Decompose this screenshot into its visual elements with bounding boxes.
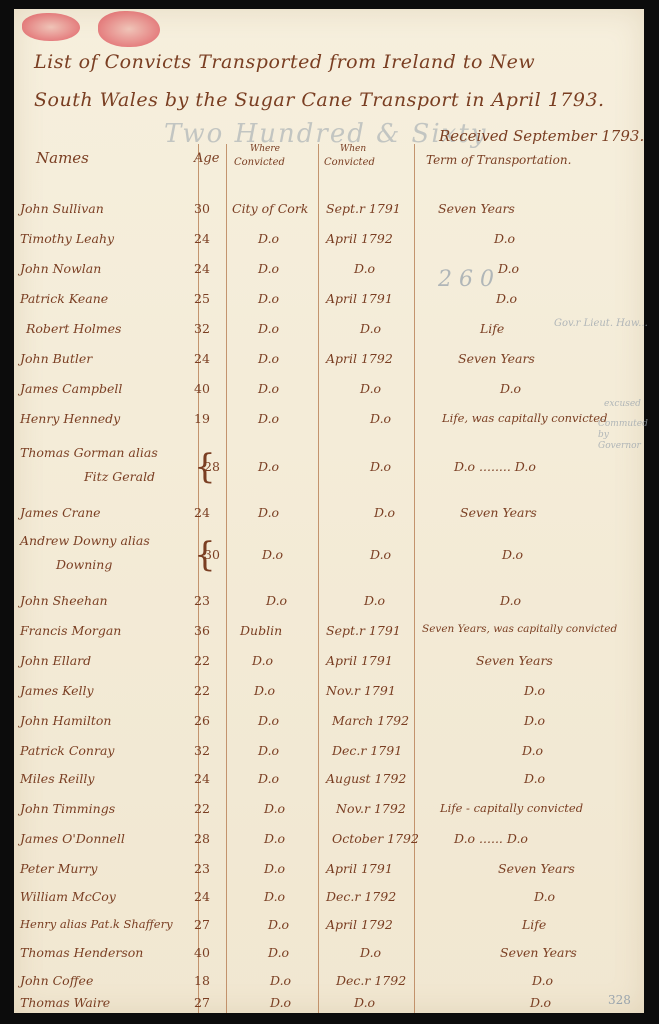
convict-name-continued: Fitz Gerald [84,469,155,484]
term-of-transportation: D.o [498,261,519,276]
table-row: John Hamilton 26 D.o March 1792 D.o [14,713,644,733]
convict-age: 24 [194,351,210,366]
convict-age: 24 [194,231,210,246]
table-row: James O'Donnell 28 D.o October 1792 D.o … [14,831,644,851]
when-convicted: D.o [360,321,381,336]
where-convicted: D.o [258,231,279,246]
where-convicted: D.o [258,771,279,786]
where-convicted: D.o [258,459,279,474]
term-of-transportation: D.o [524,683,545,698]
convict-age: 18 [194,973,210,988]
when-convicted: D.o [360,381,381,396]
when-convicted: April 1791 [326,653,393,668]
table-row: John Butler 24 D.o April 1792 Seven Year… [14,351,644,371]
convict-name: John Coffee [20,973,93,988]
convict-name: John Hamilton [20,713,111,728]
convict-name: James Campbell [20,381,122,396]
convict-name: John Ellard [20,653,91,668]
where-convicted: Dublin [240,623,282,638]
where-convicted: D.o [264,831,285,846]
term-of-transportation: Seven Years [498,861,575,876]
table-row: Francis Morgan 36 Dublin Sept.r 1791 Sev… [14,623,644,643]
when-convicted: Dec.r 1792 [326,889,396,904]
term-of-transportation: D.o [522,743,543,758]
convict-name: Patrick Conray [20,743,114,758]
when-convicted: Sept.r 1791 [326,623,401,638]
term-of-transportation: D.o [496,291,517,306]
where-convicted: D.o [270,973,291,988]
where-convicted: D.o [258,505,279,520]
where-convicted: D.o [258,291,279,306]
table-row: Robert Holmes 32 D.o D.o Life [14,321,644,341]
wax-seal-right [98,11,160,47]
table-row: Thomas Henderson 40 D.o D.o Seven Years [14,945,644,965]
convict-name: Henry Hennedy [20,411,120,426]
table-row: James Campbell 40 D.o D.o D.o [14,381,644,401]
convict-age: 30 [194,201,210,216]
when-convicted: Nov.r 1792 [336,801,406,816]
where-convicted: D.o [258,351,279,366]
convict-name: Peter Murry [20,861,97,876]
convict-age: 23 [194,593,210,608]
header-when-top: When [340,144,366,154]
table-row: William McCoy 24 D.o Dec.r 1792 D.o [14,889,644,909]
where-convicted: D.o [268,917,289,932]
where-convicted: D.o [270,995,291,1010]
convict-name: James O'Donnell [20,831,125,846]
when-convicted: D.o [360,945,381,960]
when-convicted: August 1792 [326,771,406,786]
convict-age: 28 [194,831,210,846]
header-names: Names [36,149,89,167]
convict-name: John Sullivan [20,201,104,216]
where-convicted: D.o [258,381,279,396]
convict-name: John Timmings [20,801,115,816]
when-convicted: April 1792 [326,351,393,366]
table-row: Andrew Downy alias Downing { 30 D.o D.o … [14,539,644,583]
where-convicted: D.o [258,261,279,276]
when-convicted: D.o [374,505,395,520]
when-convicted: D.o [354,261,375,276]
convict-age: 22 [194,653,210,668]
where-convicted: D.o [258,743,279,758]
convict-age: 23 [194,861,210,876]
header-when-bottom: Convicted [324,157,375,168]
convict-age: 24 [194,889,210,904]
term-of-transportation: Seven Years [458,351,535,366]
when-convicted: March 1792 [332,713,409,728]
table-row: John Sullivan 30 City of Cork Sept.r 179… [14,201,644,221]
when-convicted: D.o [364,593,385,608]
term-of-transportation: Life [522,917,546,932]
header-where-top: Where [250,144,280,154]
convict-name: James Crane [20,505,101,520]
term-of-transportation: Seven Years [476,653,553,668]
where-convicted: D.o [266,593,287,608]
document-title-line-1: List of Convicts Transported from Irelan… [34,51,535,73]
where-convicted: D.o [258,411,279,426]
convict-name: Francis Morgan [20,623,121,638]
folio-number: 328 [608,993,631,1007]
convict-age: 22 [194,801,210,816]
convict-age: 19 [194,411,210,426]
convict-age: 40 [194,381,210,396]
header-age: Age [194,151,219,166]
term-of-transportation: D.o [524,713,545,728]
when-convicted: April 1792 [326,917,393,932]
term-of-transportation: D.o [534,889,555,904]
convict-age: 27 [194,995,210,1010]
table-row: John Nowlan 24 D.o D.o D.o [14,261,644,281]
when-convicted: D.o [370,459,391,474]
convict-name: Robert Holmes [26,321,121,336]
table-row: John Coffee 18 D.o Dec.r 1792 D.o [14,973,644,993]
table-row: Miles Reilly 24 D.o August 1792 D.o [14,771,644,791]
when-convicted: April 1792 [326,231,393,246]
term-of-transportation: D.o ...... D.o [454,831,528,846]
convict-age: 27 [194,917,210,932]
convict-age: 30 [204,547,220,562]
table-row: Henry alias Pat.k Shaffery 27 D.o April … [14,917,644,937]
convict-name-continued: Downing [56,557,112,572]
convict-age: 36 [194,623,210,638]
table-row: James Crane 24 D.o D.o Seven Years [14,505,644,525]
table-row: John Ellard 22 D.o April 1791 Seven Year… [14,653,644,673]
term-of-transportation: Seven Years [438,201,515,216]
when-convicted: Sept.r 1791 [326,201,401,216]
table-row: Timothy Leahy 24 D.o April 1792 D.o [14,231,644,251]
term-of-transportation: Seven Years, was capitally convicted [422,623,617,635]
when-convicted: Nov.r 1791 [326,683,396,698]
when-convicted: Dec.r 1792 [336,973,406,988]
convict-age: 24 [194,505,210,520]
term-of-transportation: D.o [500,593,521,608]
convict-name: Thomas Gorman alias [20,445,158,460]
when-convicted: April 1791 [326,291,393,306]
manuscript-page: List of Convicts Transported from Irelan… [14,9,644,1013]
convict-name: Patrick Keane [20,291,108,306]
table-row: John Sheehan 23 D.o D.o D.o [14,593,644,613]
convict-name: Henry alias Pat.k Shaffery [20,917,173,931]
convict-age: 32 [194,743,210,758]
convict-age: 22 [194,683,210,698]
convict-name: John Nowlan [20,261,101,276]
table-row: Peter Murry 23 D.o April 1791 Seven Year… [14,861,644,881]
convict-age: 26 [194,713,210,728]
document-title-line-2: South Wales by the Sugar Cane Transport … [34,89,605,111]
where-convicted: D.o [252,653,273,668]
convict-age: 28 [204,459,220,474]
term-of-transportation: D.o [500,381,521,396]
table-row: Henry Hennedy 19 D.o D.o Life, was capit… [14,411,644,431]
table-row: Thomas Waire 27 D.o D.o D.o [14,995,644,1015]
convict-name: John Sheehan [20,593,108,608]
wax-seal-left [22,13,80,41]
where-convicted: D.o [262,547,283,562]
when-convicted: October 1792 [332,831,419,846]
received-note: Received September 1793. [439,127,644,145]
table-row: Thomas Gorman alias Fitz Gerald { 28 D.o… [14,451,644,495]
when-convicted: April 1791 [326,861,393,876]
convict-age: 24 [194,771,210,786]
term-of-transportation: D.o [494,231,515,246]
where-convicted: D.o [258,713,279,728]
when-convicted: D.o [354,995,375,1010]
convict-name: William McCoy [20,889,116,904]
term-of-transportation: Seven Years [500,945,577,960]
term-of-transportation: Life [480,321,504,336]
table-row: Patrick Conray 32 D.o Dec.r 1791 D.o [14,743,644,763]
convict-age: 40 [194,945,210,960]
convict-name: James Kelly [20,683,94,698]
term-of-transportation: D.o ........ D.o [454,459,536,474]
convict-name: Thomas Waire [20,995,110,1010]
term-of-transportation: D.o [502,547,523,562]
table-row: James Kelly 22 D.o Nov.r 1791 D.o [14,683,644,703]
when-convicted: Dec.r 1791 [332,743,402,758]
term-of-transportation: D.o [532,973,553,988]
when-convicted: D.o [370,547,391,562]
term-of-transportation: Seven Years [460,505,537,520]
convict-age: 24 [194,261,210,276]
table-row: John Timmings 22 D.o Nov.r 1792 Life - c… [14,801,644,821]
convict-name: Thomas Henderson [20,945,143,960]
convict-name: Miles Reilly [20,771,94,786]
where-convicted: City of Cork [232,201,308,216]
convict-age: 32 [194,321,210,336]
convict-age: 25 [194,291,210,306]
table-row: Patrick Keane 25 D.o April 1791 D.o [14,291,644,311]
where-convicted: D.o [268,945,289,960]
header-where-bottom: Convicted [234,157,285,168]
header-term: Term of Transportation. [426,153,571,167]
term-of-transportation: D.o [524,771,545,786]
term-of-transportation: Life - capitally convicted [440,801,583,815]
convict-name: Andrew Downy alias [20,533,150,548]
when-convicted: D.o [370,411,391,426]
where-convicted: D.o [264,861,285,876]
convict-name: Timothy Leahy [20,231,114,246]
where-convicted: D.o [264,801,285,816]
where-convicted: D.o [258,321,279,336]
where-convicted: D.o [254,683,275,698]
convict-name: John Butler [20,351,92,366]
term-of-transportation: D.o [530,995,551,1010]
term-of-transportation: Life, was capitally convicted [442,411,607,425]
where-convicted: D.o [264,889,285,904]
